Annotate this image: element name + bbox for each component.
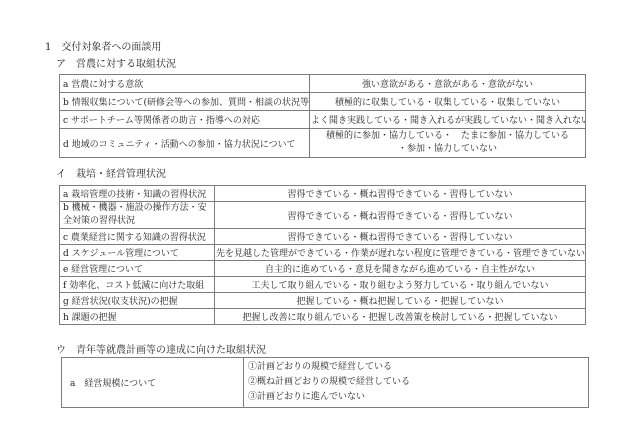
table-row: a 経営規模について ①計画どおりの規模で経営している ②概ね計画どおりの規模で… [62, 358, 589, 408]
rating-options-line: ・参加・協力していない [311, 143, 584, 156]
document-page: 1 交付対象者への面談用 ア 営農に対する取組状況 a 営農に対する意欲 強い意… [0, 0, 630, 439]
rating-options: 把握している・概ね把握している・把握していない [215, 293, 586, 309]
rating-options: 先を見越した管理ができている・作業が遅れない程度に管理できている・管理できていな… [215, 245, 586, 261]
criteria-label: h 課題の把握 [60, 309, 215, 325]
criteria-label: a 営農に対する意欲 [60, 75, 310, 93]
table-row: c 農業経営に関する知識の習得状況 習得できている・概ね習得できている・習得して… [60, 229, 586, 245]
table-row: a 営農に対する意欲 強い意欲がある・意欲がある・意欲がない [60, 75, 586, 93]
rating-options: 習得できている・概ね習得できている・習得していない [215, 186, 586, 202]
rating-options: よく聞き実践している・聞き入れるが実践していない・聞き入れない [310, 111, 586, 129]
rating-option-3: ③計画どおりに進んでいない [248, 390, 584, 405]
rating-options: 積極的に収集している・収集している・収集していない [310, 93, 586, 111]
section-u-heading: ウ 青年等就農計画等の達成に向けた取組状況 [56, 345, 266, 357]
rating-options: 強い意欲がある・意欲がある・意欲がない [310, 75, 586, 93]
criteria-label: d 地域のコミュニティ・活動への参加・協力状況について [60, 129, 310, 158]
table-row: f 効率化、コスト低減に向けた取組 工夫して取り組んでいる・取り組むよう努力して… [60, 277, 586, 293]
rating-options: 習得できている・概ね習得できている・習得していない [215, 229, 586, 245]
criteria-label: c サポートチーム等関係者の助言・指導への対応 [60, 111, 310, 129]
table-row: d 地域のコミュニティ・活動への参加・協力状況について 積極的に参加・協力してい… [60, 129, 586, 158]
table-row: h 課題の把握 把握し改善に取り組んでいる・把握し改善策を検討している・把握して… [60, 309, 586, 325]
table-row: c サポートチーム等関係者の助言・指導への対応 よく聞き実践している・聞き入れる… [60, 111, 586, 129]
rating-options: ①計画どおりの規模で経営している ②概ね計画どおりの規模で経営している ③計画ど… [244, 358, 589, 408]
rating-options: 習得できている・概ね習得できている・習得していない [215, 202, 586, 229]
criteria-label: d スケジュール管理について [60, 245, 215, 261]
rating-option-2: ②概ね計画どおりの規模で経営している [248, 375, 584, 390]
table-row: e 経営管理について 自主的に進めている・意見を聞きながら進めている・自主性がな… [60, 261, 586, 277]
rating-options-line: 積極的に参加・協力している・ たまに参加・協力している [311, 130, 584, 143]
table-row: b 情報収集について(研修会等への参加、質問・相談の状況等) 積極的に収集してい… [60, 93, 586, 111]
rating-options: 把握し改善に取り組んでいる・把握し改善策を検討している・把握していない [215, 309, 586, 325]
criteria-label: f 効率化、コスト低減に向けた取組 [60, 277, 215, 293]
table-row: b 機械・機器・施設の操作方法・安全対策の習得状況 習得できている・概ね習得でき… [60, 202, 586, 229]
section-a-heading: ア 営農に対する取組状況 [56, 59, 176, 71]
criteria-label: a 栽培管理の技術・知識の習得状況 [60, 186, 215, 202]
criteria-label: e 経営管理について [60, 261, 215, 277]
page-title: 1 交付対象者への面談用 [45, 42, 161, 54]
criteria-label: g 経営状況(収支状況)の把握 [60, 293, 215, 309]
table-row: d スケジュール管理について 先を見越した管理ができている・作業が遅れない程度に… [60, 245, 586, 261]
rating-option-1: ①計画どおりの規模で経営している [248, 360, 584, 375]
table-row: g 経営状況(収支状況)の把握 把握している・概ね把握している・把握していない [60, 293, 586, 309]
criteria-label: c 農業経営に関する知識の習得状況 [60, 229, 215, 245]
rating-options: 工夫して取り組んでいる・取り組むよう努力している・取り組んでいない [215, 277, 586, 293]
criteria-label: a 経営規模について [62, 358, 244, 408]
criteria-label: b 情報収集について(研修会等への参加、質問・相談の状況等) [60, 93, 310, 111]
criteria-label: b 機械・機器・施設の操作方法・安全対策の習得状況 [60, 202, 215, 229]
table-row: a 栽培管理の技術・知識の習得状況 習得できている・概ね習得できている・習得して… [60, 186, 586, 202]
rating-options: 積極的に参加・協力している・ たまに参加・協力している ・参加・協力していない [310, 129, 586, 158]
section-a-table: a 営農に対する意欲 強い意欲がある・意欲がある・意欲がない b 情報収集につい… [59, 74, 586, 158]
section-u-table: a 経営規模について ①計画どおりの規模で経営している ②概ね計画どおりの規模で… [61, 357, 589, 408]
rating-options: 自主的に進めている・意見を聞きながら進めている・自主性がない [215, 261, 586, 277]
section-i-heading: イ 栽培・経営管理状況 [56, 169, 166, 181]
section-i-table: a 栽培管理の技術・知識の習得状況 習得できている・概ね習得できている・習得して… [59, 185, 586, 325]
